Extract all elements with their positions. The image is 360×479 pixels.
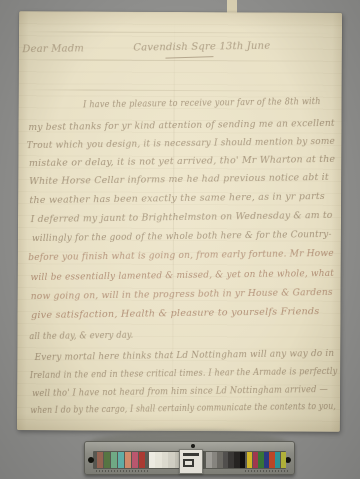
color-patch [240, 452, 246, 468]
registration-dot-center [191, 444, 195, 448]
handwriting-line: give satisfaction, Health & pleasure to … [31, 307, 320, 321]
color-calibration-bar [84, 441, 295, 475]
handwriting-line: Every mortal here thinks that Ld Notting… [35, 349, 335, 363]
ruler-microtext [96, 470, 148, 472]
ruler-microtext [245, 470, 289, 472]
dateline: Cavendish Sqre 13th June [133, 41, 270, 54]
dateline-underline [165, 56, 213, 59]
handwriting-line: willingly for the good of the whole both… [32, 230, 332, 244]
color-patch [111, 452, 117, 468]
handwritten-text-layer: Dear Madm Cavendish Sqre 13th June I hav… [0, 0, 360, 479]
color-patch [118, 452, 124, 468]
color-patch [247, 452, 252, 468]
handwriting-line: mistake or delay, it is not yet arrived,… [29, 155, 335, 169]
color-patch [281, 452, 286, 468]
color-patch [97, 452, 103, 468]
handwriting-line: before you finish what is going on, from… [28, 249, 334, 263]
handwriting-line: will be essentially lamented & missed, &… [30, 269, 334, 283]
handwriting-line: when I do by the cargo, I shall certainl… [30, 402, 336, 416]
color-patch [253, 452, 258, 468]
registration-dot-left [88, 457, 94, 463]
photographed-letter-scene: Dear Madm Cavendish Sqre 13th June I hav… [0, 0, 360, 479]
color-patch [125, 452, 131, 468]
color-patch [132, 452, 138, 468]
handwriting-line: I have the pleasure to receive your favr… [83, 97, 321, 110]
handwriting-line: the weather has been exactly the same he… [29, 192, 325, 206]
handwriting-line: now going on, will in the progress both … [31, 288, 333, 302]
color-patch [104, 452, 110, 468]
handwriting-line: my best thanks for yr kind attention of … [28, 119, 335, 133]
focus-target [179, 449, 203, 474]
color-patch [264, 452, 269, 468]
color-patch [258, 452, 263, 468]
handwriting-line: Trout which you design, it is necessary … [27, 137, 335, 151]
focus-target-pattern [183, 453, 199, 456]
color-patch [275, 452, 280, 468]
salutation: Dear Madm [22, 43, 84, 55]
handwriting-line: White Horse Cellar informs me he had pre… [29, 173, 329, 187]
color-patch [139, 452, 145, 468]
handwriting-line: well tho' I have not heard from him sinc… [32, 385, 328, 399]
focus-target-pattern [183, 459, 194, 467]
letter-body: I have the pleasure to receive your favr… [0, 0, 357, 3]
color-patch [269, 452, 274, 468]
handwriting-line: all the day, & every day. [29, 331, 133, 342]
handwriting-line: I deferred my jaunt to Brighthelmston on… [31, 211, 333, 225]
handwriting-line: Ireland in the end in these critical tim… [30, 367, 338, 381]
